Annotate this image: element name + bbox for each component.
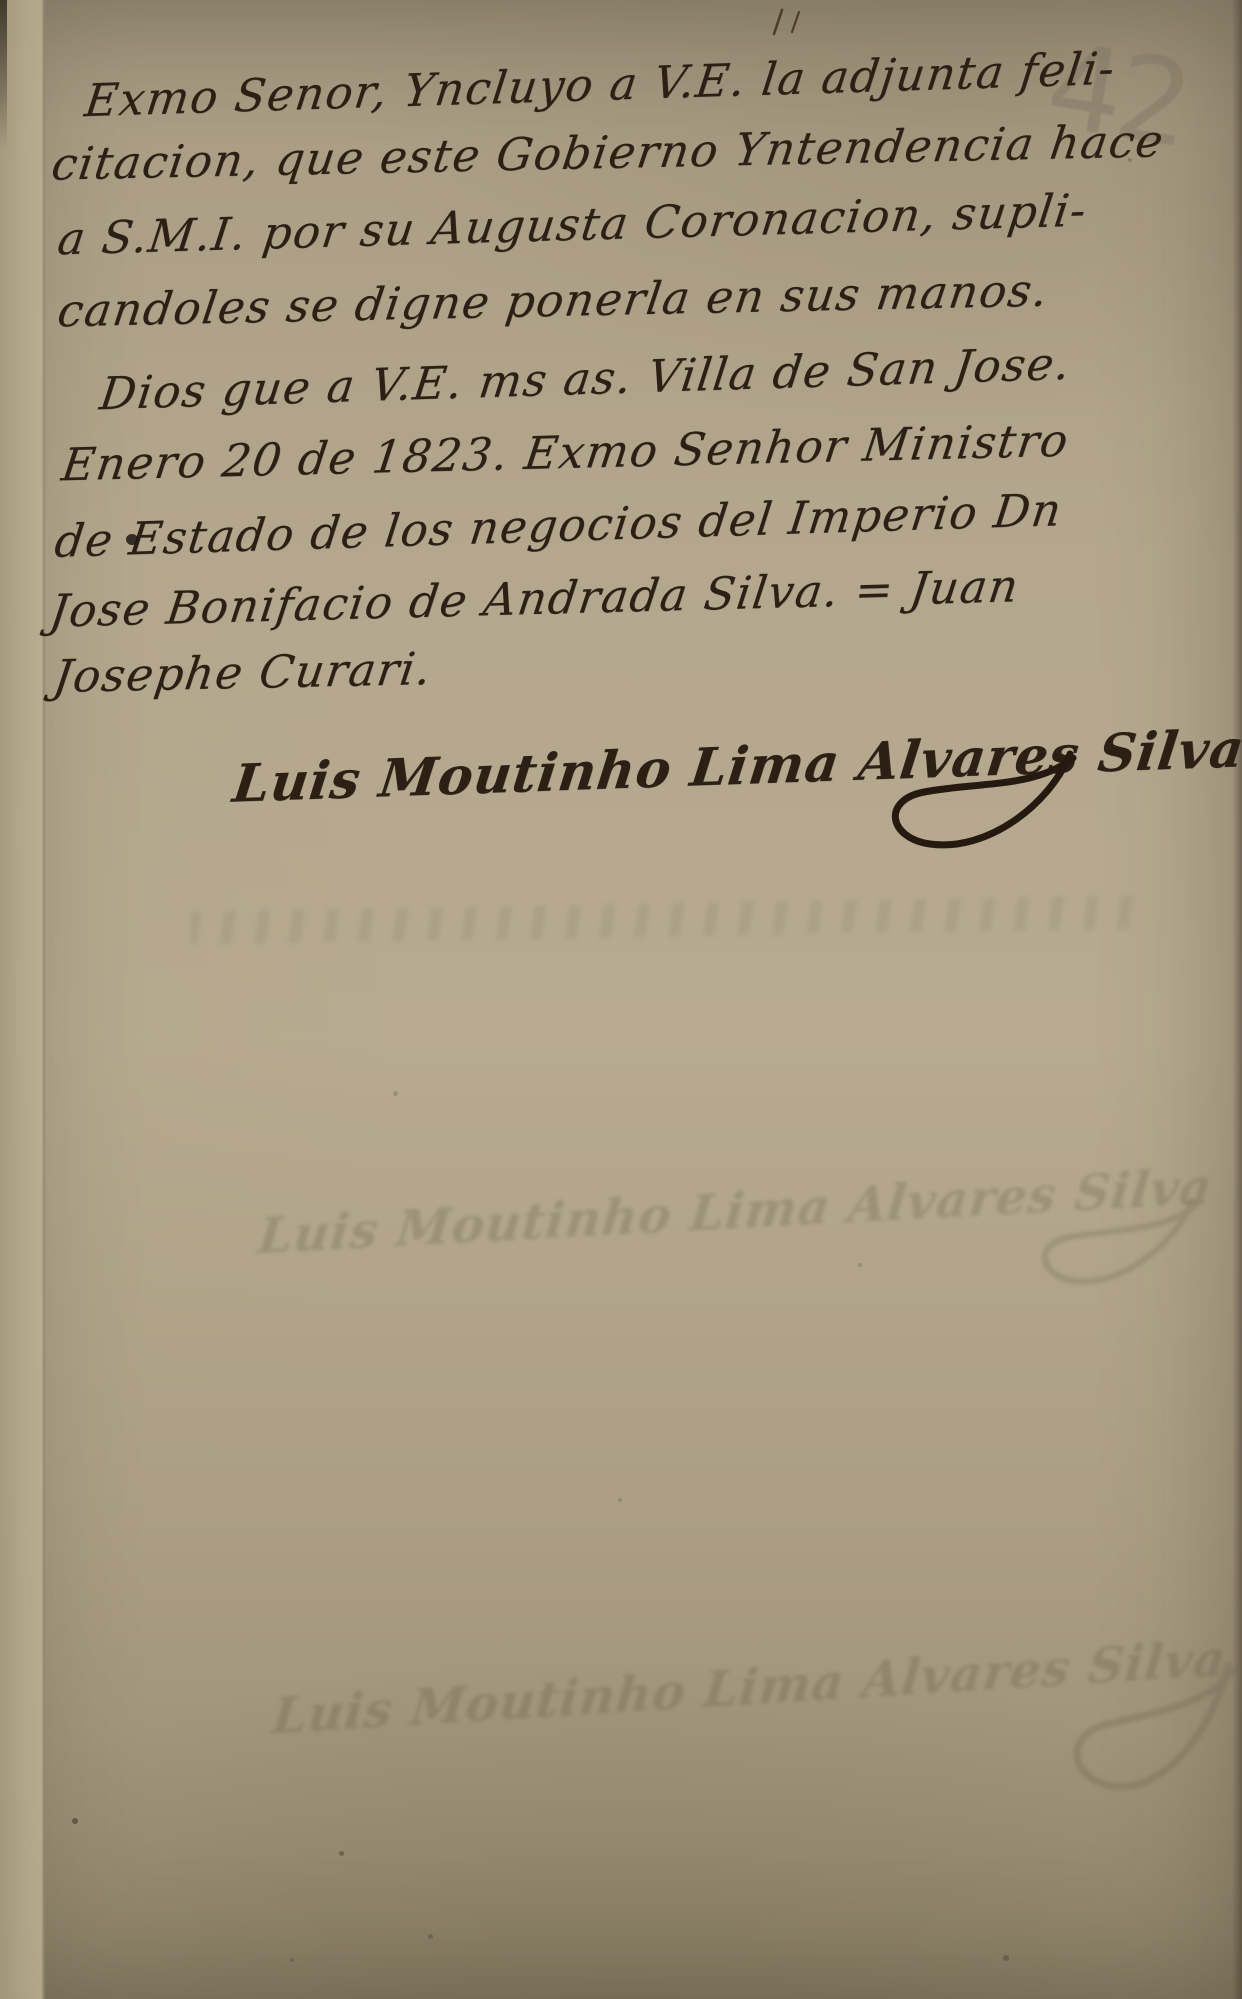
ghost-signature-1-flourish <box>1010 1195 1200 1305</box>
manuscript-line-1: Exmo Senor, Yncluyo a V.E. la adjunta fe… <box>84 42 1116 127</box>
manuscript-line-3: a S.M.I. por su Augusta Coronacion, supl… <box>57 184 1087 266</box>
paper-speck <box>618 1498 622 1502</box>
manuscript-line-9: Josephe Curari. <box>53 642 432 703</box>
manuscript-line-5: Dios gue a V.E. ms as. Villa de San Jose… <box>99 337 1071 420</box>
manuscript-line-8: Jose Bonifacio de Andrada Silva. = Juan <box>49 559 1019 637</box>
paper-speck <box>393 1091 398 1096</box>
paper-speck <box>290 1958 294 1962</box>
paper-speck <box>858 1263 862 1267</box>
manuscript-line-2: citacion, que este Gobierno Yntendencia … <box>52 114 1165 190</box>
left-edge-dark-notch <box>0 0 7 150</box>
signature-luis-moutinho: Luis Moutinho Lima Alvares Silva <box>232 718 1242 814</box>
ink-blotch <box>126 534 138 545</box>
paper-speck <box>72 1818 78 1824</box>
manuscript-line-7: de Estado de los negocios del Imperio Dn <box>54 483 1063 568</box>
signature-flourish <box>858 748 1078 868</box>
stray-ink-mark <box>768 6 808 40</box>
manuscript-page: 42 Exmo Senor, Yncluyo a V.E. la adjunta… <box>0 0 1242 1999</box>
ghost-signature-2-flourish <box>1028 1658 1238 1808</box>
paper-speck <box>339 1851 344 1856</box>
page-fold-crease <box>41 0 46 1999</box>
paper-speck <box>1128 158 1132 162</box>
bleed-through-band <box>190 895 1150 946</box>
manuscript-line-4: candoles se digne ponerla en sus manos. <box>58 264 1050 338</box>
page-fold-strip <box>0 0 41 1999</box>
manuscript-line-6: Enero 20 de 1823. Exmo Senhor Ministro <box>62 414 1070 492</box>
paper-speck <box>1003 1955 1009 1961</box>
paper-speck <box>428 1934 433 1939</box>
